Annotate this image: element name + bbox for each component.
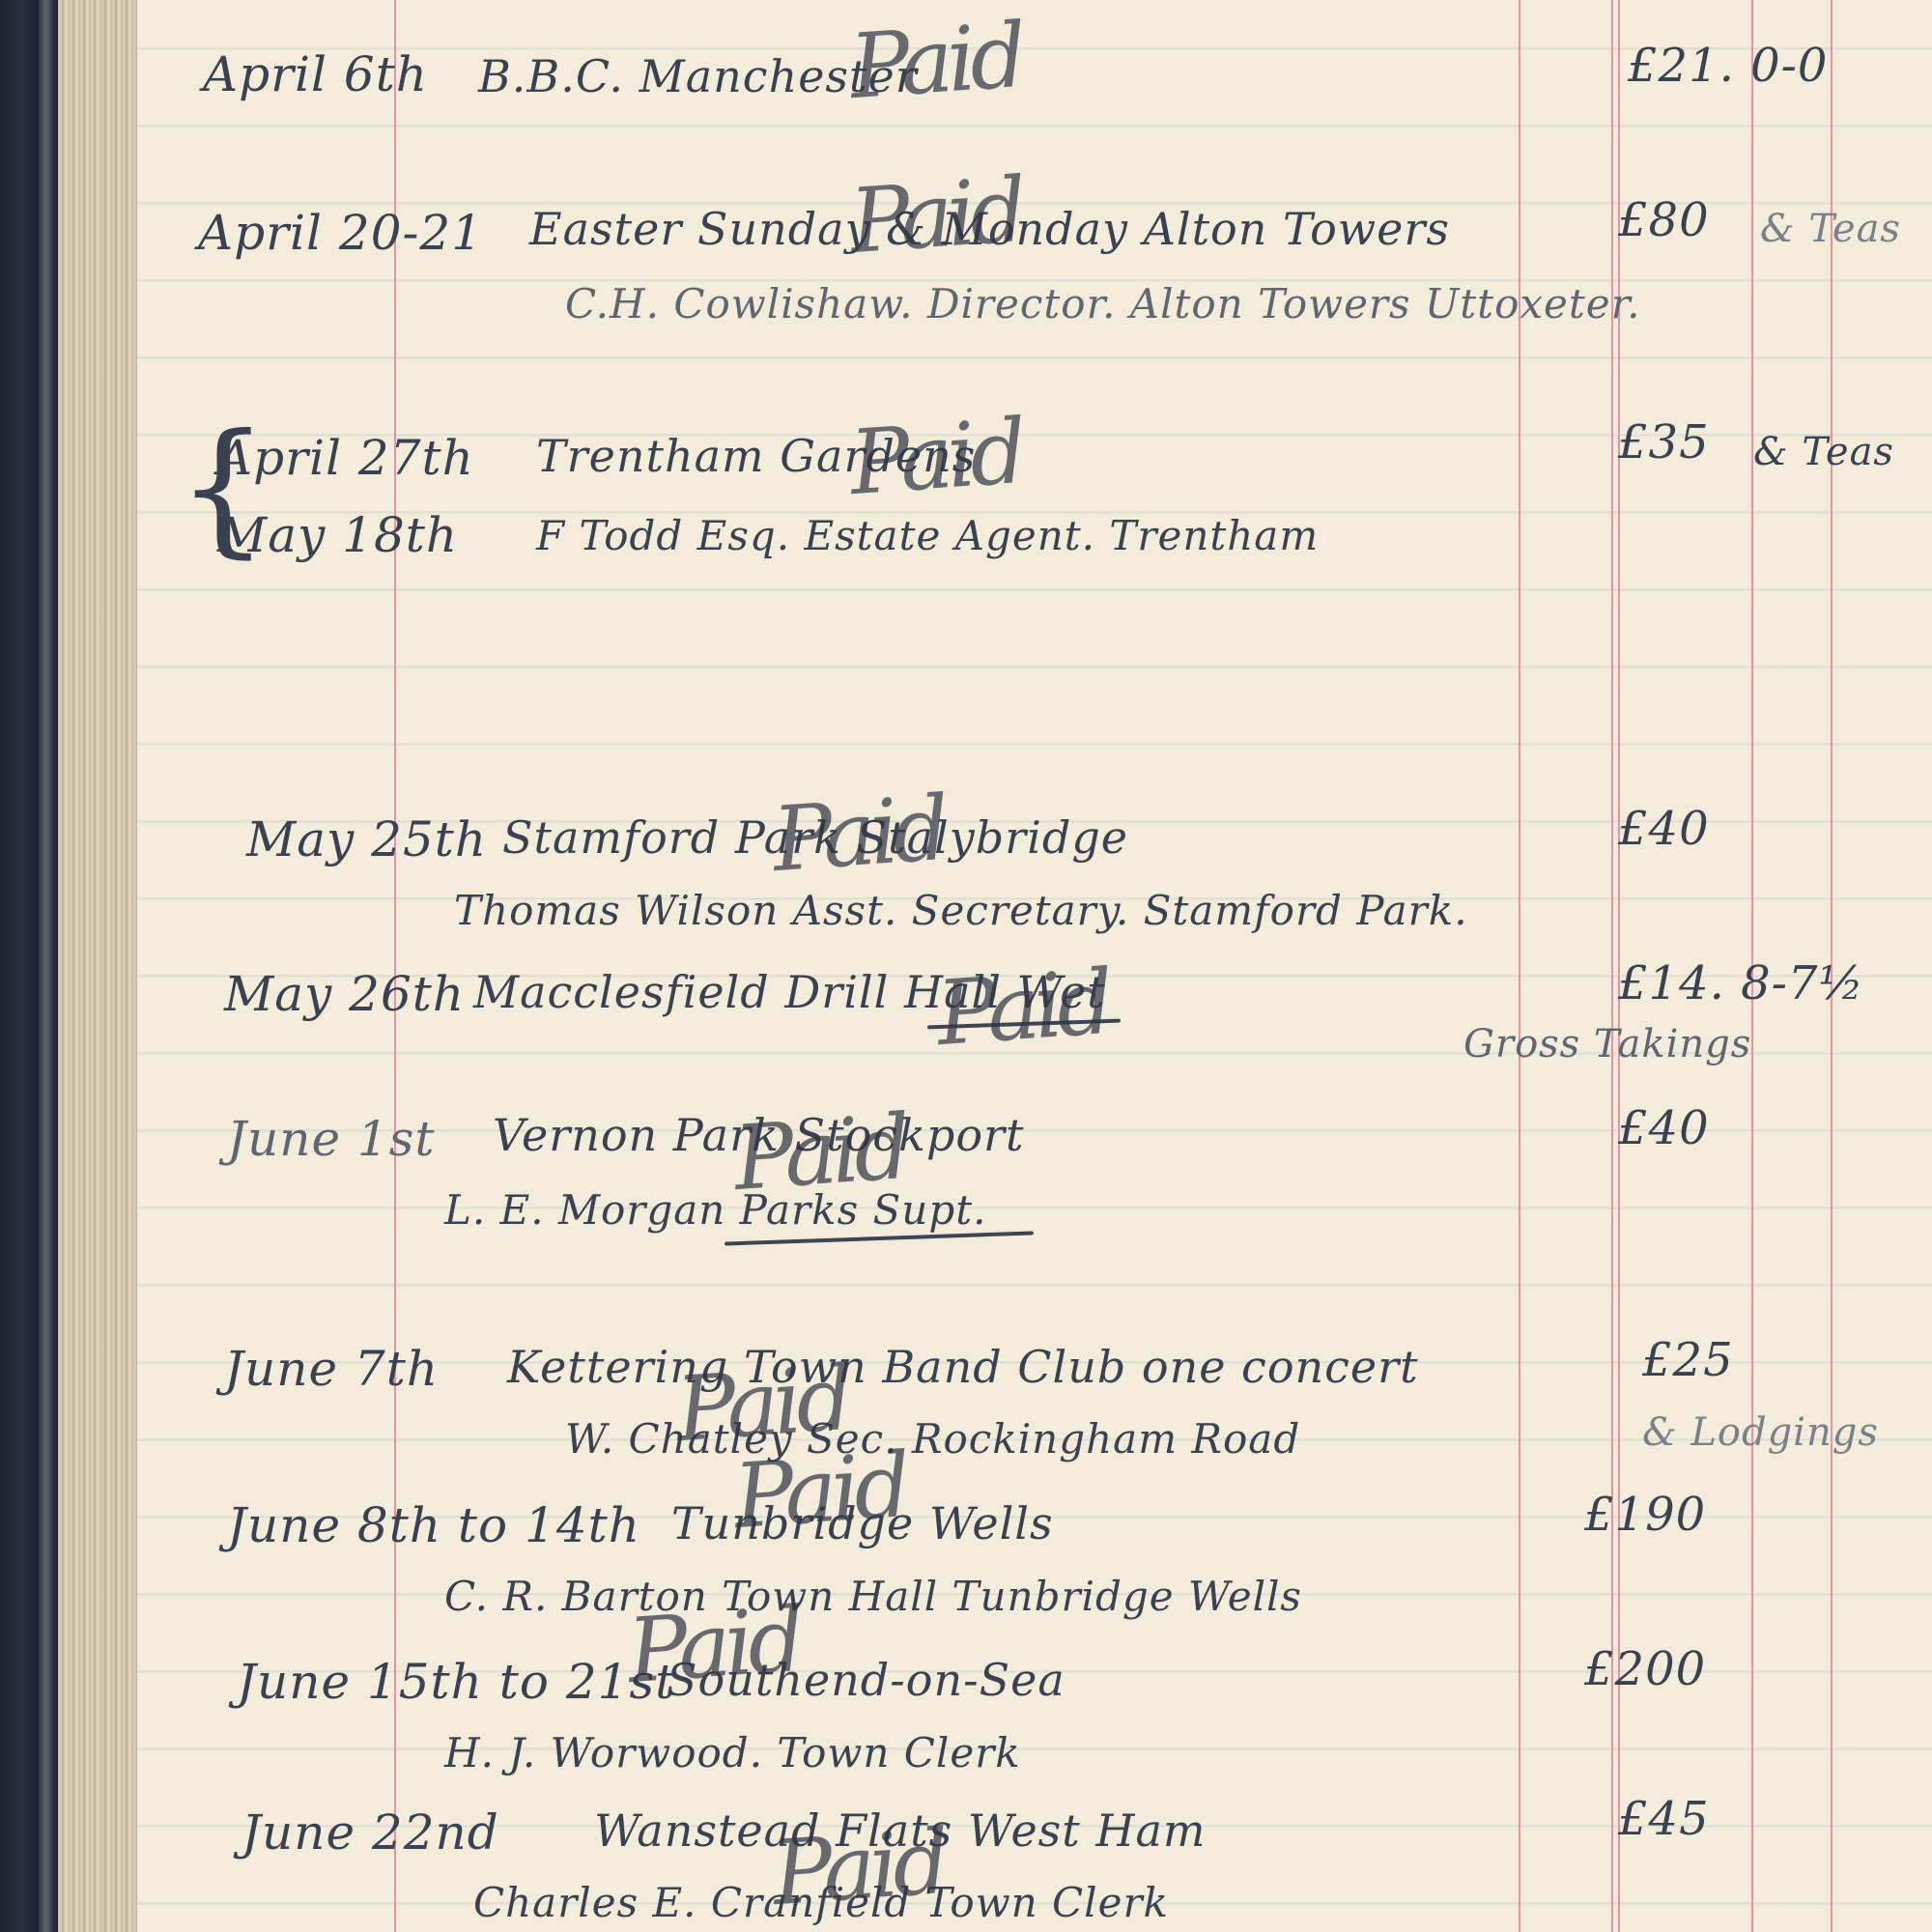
paid-stamp: Paid (846, 158, 1024, 273)
entry-contact: F Todd Esq. Estate Agent. Trentham (536, 512, 1319, 559)
entry-amount: £40 (1618, 1101, 1710, 1155)
entry-amount: £25 (1642, 1333, 1734, 1387)
entry-date: June 15th to 21st (237, 1654, 675, 1710)
paid-stamp: Paid (846, 4, 1024, 119)
entry-note: & Lodgings (1642, 1410, 1879, 1455)
entry-amount: £200 (1584, 1642, 1706, 1696)
entry-note: & Teas (1760, 207, 1901, 251)
entry-amount: £14. 8-7½ (1618, 956, 1864, 1010)
paid-stamp: Paid (846, 400, 1024, 515)
entry-date: April 20-21 (198, 205, 483, 261)
entry-note: Gross Takings (1463, 1022, 1751, 1066)
entry-contact: H. J. Worwood. Town Clerk (444, 1729, 1021, 1776)
entry-note: & Teas (1753, 430, 1894, 474)
entry-amount: £35 (1618, 415, 1710, 469)
binding-seam (39, 0, 52, 1932)
entry-amount: £190 (1584, 1488, 1706, 1542)
entry-date-secondary: May 18th (217, 507, 458, 563)
entry-contact: W. Chatley Sec. Rockingham Road (565, 1415, 1300, 1463)
entry-date: May 25th (246, 811, 487, 867)
entry-date: June 7th (224, 1341, 439, 1397)
entry-amount: £80 (1618, 193, 1710, 247)
paid-stamp: Paid (624, 1588, 802, 1703)
entry-contact: Thomas Wilson Asst. Secretary. Stamford … (454, 887, 1468, 934)
entry-amount: £40 (1618, 802, 1710, 856)
entry-date: June 22nd (241, 1804, 499, 1861)
entry-amount: £21. 0-0 (1628, 39, 1828, 93)
paid-stamp: Paid (730, 1434, 908, 1548)
entry-venue: Kettering Town Band Club one concert (507, 1341, 1419, 1393)
entry-contact: C. R. Barton Town Hall Tunbridge Wells (444, 1573, 1302, 1620)
entry-date: June 8th to 14th (227, 1497, 640, 1553)
paid-stamp: Paid (730, 1095, 908, 1210)
entry-date: May 26th (224, 966, 465, 1022)
paid-stamp: Paid (933, 951, 1111, 1065)
entry-date: June 1st (227, 1111, 436, 1167)
entry-date: April 27th (217, 430, 474, 486)
paid-stamp: Paid (769, 1810, 947, 1925)
entry-date: April 6th (203, 46, 428, 102)
page-edges (58, 0, 137, 1932)
paid-stamp: Paid (769, 777, 947, 892)
entry-amount: £45 (1618, 1792, 1710, 1846)
entry-contact: C.H. Cowlishaw. Director. Alton Towers U… (565, 280, 1640, 327)
